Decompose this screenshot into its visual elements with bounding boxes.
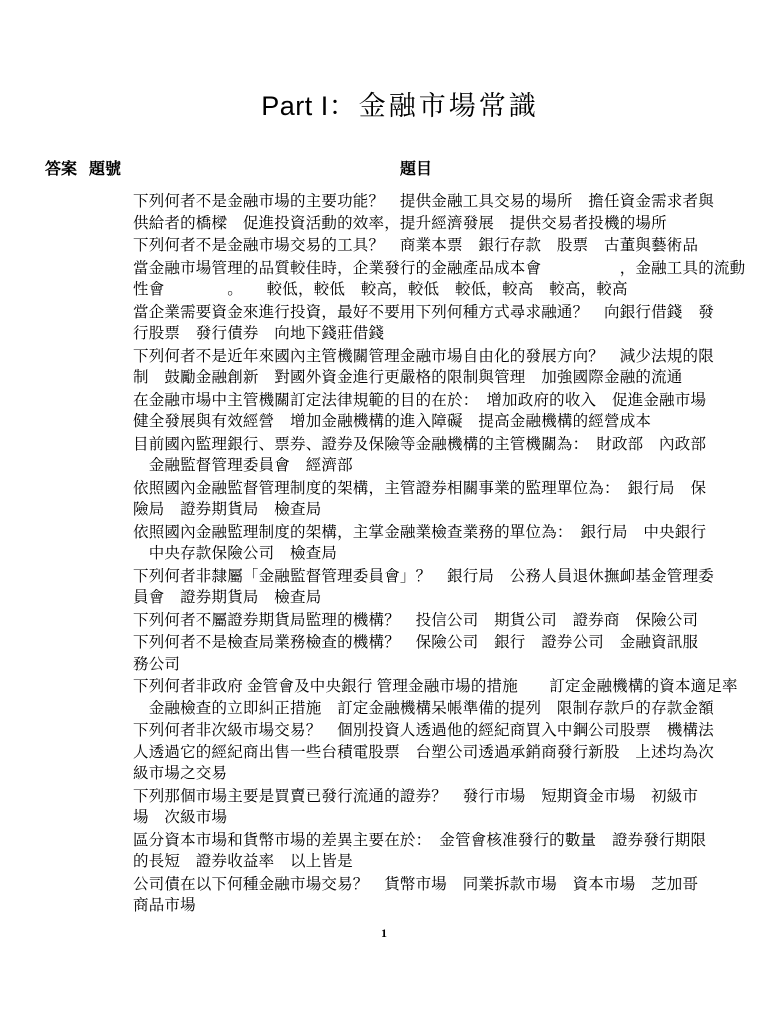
question-12-line-2: 務公司 — [133, 654, 748, 676]
question-4: 當企業需要資金來進行投資，最好不要用下列何種方式尋求融通？ 向銀行借錢 發行股票… — [133, 302, 748, 345]
question-8-line-2: 險局 證券期貨局 檢查局 — [133, 499, 748, 521]
question-5-line-2: 制 鼓勵金融創新 對國外資金進行更嚴格的限制與管理 加強國際金融的流通 — [133, 367, 748, 389]
question-8: 依照國內金融監督管理制度的架構，主管證券相關事業的監理單位為： 銀行局 保險局 … — [133, 478, 748, 521]
question-7-line-1: 目前國內監理銀行、票券、證券及保險等金融機構的主管機關為： 財政部 內政部 — [133, 434, 748, 456]
question-1: 下列何者不是金融市場的主要功能？ 提供金融工具交易的場所 擔任資金需求者與供給者… — [133, 191, 748, 234]
question-10-line-2: 員會 證券期貨局 檢查局 — [133, 587, 748, 609]
question-7-line-2: 金融監督管理委員會 經濟部 — [133, 455, 748, 477]
question-14-line-1: 下列何者非次級市場交易？ 個別投資人透過他的經紀商買入中鋼公司股票 機構法 — [133, 720, 748, 742]
question-1-line-2: 供給者的橋樑 促進投資活動的效率，提升經濟發展 提供交易者投機的場所 — [133, 213, 748, 235]
question-5-line-1: 下列何者不是近年來國內主管機關管理金融市場自由化的發展方向？ 減少法規的限 — [133, 346, 748, 368]
question-12: 下列何者不是檢查局業務檢查的機構？ 保險公司 銀行 證券公司 金融資訊服務公司 — [133, 632, 748, 675]
question-10-line-1: 下列何者非隸屬「金融監督管理委員會」？ 銀行局 公務人員退休撫卹基金管理委 — [133, 566, 748, 588]
question-3-line-2: 性會 。 較低，較低 較高，較低 較低，較高 較高，較高 — [133, 279, 748, 301]
question-15-line-2: 場 次級市場 — [133, 807, 748, 829]
question-4-line-2: 行股票 發行債券 向地下錢莊借錢 — [133, 323, 748, 345]
question-9: 依照國內金融監理制度的架構，主掌金融業檢查業務的單位為： 銀行局 中央銀行 中央… — [133, 522, 748, 565]
question-14-line-3: 級市場之交易 — [133, 763, 748, 785]
number-column-header: 題號 — [89, 156, 121, 179]
question-11: 下列何者不屬證券期貨局監理的機構？ 投信公司 期貨公司 證券商 保險公司 — [133, 610, 748, 632]
question-9-line-2: 中央存款保險公司 檢查局 — [133, 543, 748, 565]
question-11-line-1: 下列何者不屬證券期貨局監理的機構？ 投信公司 期貨公司 證券商 保險公司 — [133, 610, 748, 632]
question-6-line-2: 健全發展與有效經營 增加金融機構的進入障礙 提高金融機構的經營成本 — [133, 411, 748, 433]
answer-column-header: 答案 — [45, 156, 77, 179]
question-6-line-1: 在金融市場中主管機關訂定法律規範的目的在於： 增加政府的收入 促進金融市場 — [133, 390, 748, 412]
page-title: Part I：金融市場常識 — [32, 84, 768, 123]
page-number: 1 — [0, 926, 768, 941]
question-16: 區分資本市場和貨幣市場的差異主要在於： 金管會核准發行的數量 證券發行期限的長短… — [133, 830, 748, 873]
question-10: 下列何者非隸屬「金融監督管理委員會」？ 銀行局 公務人員退休撫卹基金管理委員會 … — [133, 566, 748, 609]
question-14-line-2: 人透過它的經紀商出售一些台積電股票 台塑公司透過承銷商發行新股 上述均為次 — [133, 742, 748, 764]
question-6: 在金融市場中主管機關訂定法律規範的目的在於： 增加政府的收入 促進金融市場健全發… — [133, 390, 748, 433]
question-list: 下列何者不是金融市場的主要功能？ 提供金融工具交易的場所 擔任資金需求者與供給者… — [133, 191, 748, 917]
question-3-line-1: 當金融市場管理的品質較佳時，企業發行的金融產品成本會 ，金融工具的流動 — [133, 258, 748, 280]
question-5: 下列何者不是近年來國內主管機關管理金融市場自由化的發展方向？ 減少法規的限制 鼓… — [133, 346, 748, 389]
question-3: 當金融市場管理的品質較佳時，企業發行的金融產品成本會 ，金融工具的流動性會 。 … — [133, 258, 748, 301]
question-13: 下列何者非政府 金管會及中央銀行 管理金融市場的措施 訂定金融機構的資本適足率 … — [133, 676, 748, 719]
question-1-line-1: 下列何者不是金融市場的主要功能？ 提供金融工具交易的場所 擔任資金需求者與 — [133, 191, 748, 213]
page-title-part-label: Part I — [261, 91, 329, 121]
question-14: 下列何者非次級市場交易？ 個別投資人透過他的經紀商買入中鋼公司股票 機構法人透過… — [133, 720, 748, 785]
question-4-line-1: 當企業需要資金來進行投資，最好不要用下列何種方式尋求融通？ 向銀行借錢 發 — [133, 302, 748, 324]
question-13-line-1: 下列何者非政府 金管會及中央銀行 管理金融市場的措施 訂定金融機構的資本適足率 — [133, 676, 748, 698]
question-17-line-2: 商品市場 — [133, 895, 748, 917]
question-15: 下列那個市場主要是買賣已發行流通的證券？ 發行市場 短期資金市場 初級市場 次級… — [133, 786, 748, 829]
question-17-line-1: 公司債在以下何種金融市場交易？ 貨幣市場 同業拆款市場 資本市場 芝加哥 — [133, 874, 748, 896]
question-16-line-1: 區分資本市場和貨幣市場的差異主要在於： 金管會核准發行的數量 證券發行期限 — [133, 830, 748, 852]
question-16-line-2: 的長短 證券收益率 以上皆是 — [133, 851, 748, 873]
page-title-subject: ：金融市場常識 — [329, 91, 539, 121]
question-7: 目前國內監理銀行、票券、證券及保險等金融機構的主管機關為： 財政部 內政部 金融… — [133, 434, 748, 477]
table-header-row: 答案 題號 題目 — [0, 156, 768, 178]
question-2-line-1: 下列何者不是金融市場交易的工具？ 商業本票 銀行存款 股票 古董與藝術品 — [133, 235, 748, 257]
question-column-header: 題目 — [400, 156, 432, 179]
question-12-line-1: 下列何者不是檢查局業務檢查的機構？ 保險公司 銀行 證券公司 金融資訊服 — [133, 632, 748, 654]
question-2: 下列何者不是金融市場交易的工具？ 商業本票 銀行存款 股票 古董與藝術品 — [133, 235, 748, 257]
question-8-line-1: 依照國內金融監督管理制度的架構，主管證券相關事業的監理單位為： 銀行局 保 — [133, 478, 748, 500]
question-17: 公司債在以下何種金融市場交易？ 貨幣市場 同業拆款市場 資本市場 芝加哥商品市場 — [133, 874, 748, 917]
question-9-line-1: 依照國內金融監理制度的架構，主掌金融業檢查業務的單位為： 銀行局 中央銀行 — [133, 522, 748, 544]
question-15-line-1: 下列那個市場主要是買賣已發行流通的證券？ 發行市場 短期資金市場 初級市 — [133, 786, 748, 808]
question-13-line-2: 金融檢查的立即糾正措施 訂定金融機構呆帳準備的提列 限制存款戶的存款金額 — [133, 698, 748, 720]
